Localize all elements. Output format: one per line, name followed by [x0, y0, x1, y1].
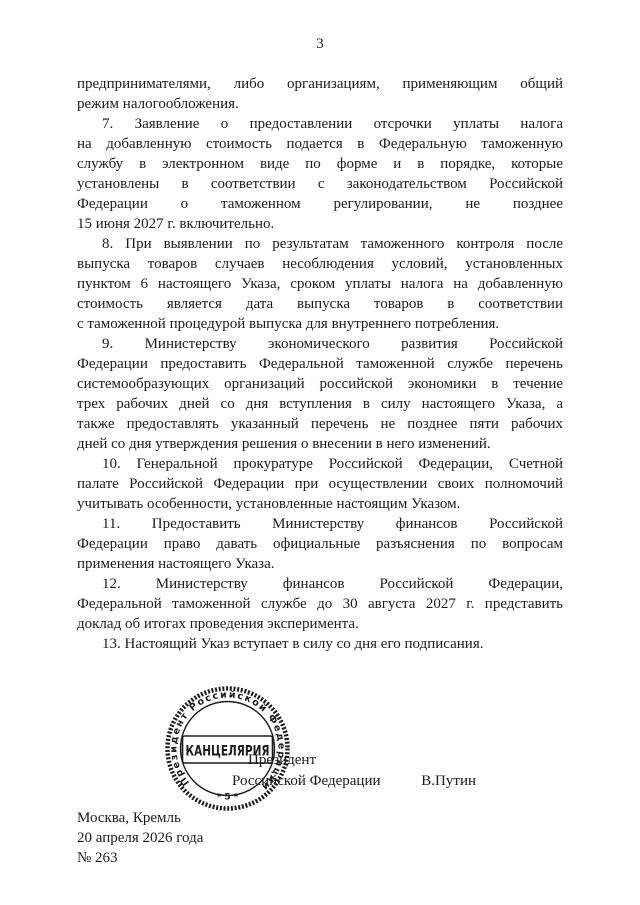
paragraph-line: с таможенной процедурой выпуска для внут… — [77, 314, 563, 334]
paragraph-line: пунктом 6 настоящего Указа, сроком уплат… — [77, 274, 563, 294]
footer-date: 20 апреля 2026 года — [77, 828, 203, 848]
paragraph-line: режим налогообложения. — [77, 94, 563, 114]
paragraph-line: установлены в соответствии с законодател… — [77, 174, 563, 194]
paragraph-line: доклад об итогах проведения эксперимента… — [77, 614, 563, 634]
footer-place: Москва, Кремль — [77, 808, 203, 828]
paragraph-line: Федерации предоставить Федеральной тамож… — [77, 354, 563, 374]
paragraph-line: учитывать особенности, установленные нас… — [77, 494, 563, 514]
paragraph-line: Федерации о таможенном регулировании, не… — [77, 194, 563, 214]
paragraph-line: предпринимателями, либо организациям, пр… — [77, 74, 563, 94]
paragraph-line: Федеральной таможенной службе до 30 авгу… — [77, 594, 563, 614]
paragraph-line: 10. Генеральной прокуратуре Российской Ф… — [77, 454, 563, 474]
paragraph-line: 7. Заявление о предоставлении отсрочки у… — [77, 114, 563, 134]
footer-number: № 263 — [77, 848, 203, 868]
paragraph: 8. При выявлении по результатам таможенн… — [77, 234, 563, 334]
paragraph-line: системообразующих организаций российской… — [77, 374, 563, 394]
paragraph-line: на добавленную стоимость подается в Феде… — [77, 134, 563, 154]
paragraph-line: 9. Министерству экономического развития … — [77, 334, 563, 354]
paragraph-line: палате Российской Федерации при осуществ… — [77, 474, 563, 494]
paragraph: 13. Настоящий Указ вступает в силу со дн… — [77, 634, 563, 654]
paragraph: 11. Предоставить Министерству финансов Р… — [77, 514, 563, 574]
paragraph: 7. Заявление о предоставлении отсрочки у… — [77, 114, 563, 234]
paragraph: предпринимателями, либо организациям, пр… — [77, 74, 563, 114]
paragraph-line: также предоставлять указанный перечень н… — [77, 414, 563, 434]
page-number: 3 — [77, 36, 563, 53]
paragraph-line: применения настоящего Указа. — [77, 554, 563, 574]
document-body: предпринимателями, либо организациям, пр… — [77, 74, 563, 654]
paragraph-line: трех рабочих дней со дня вступления в си… — [77, 394, 563, 414]
footer-block: Москва, Кремль 20 апреля 2026 года № 263 — [77, 808, 203, 868]
document-page: 3 предпринимателями, либо организациям, … — [0, 0, 640, 905]
signature-name: В.Путин — [421, 771, 476, 792]
paragraph-line: 11. Предоставить Министерству финансов Р… — [77, 514, 563, 534]
paragraph: 12. Министерству финансов Российской Фед… — [77, 574, 563, 634]
paragraph-line: стоимость является дата выпуска товаров … — [77, 294, 563, 314]
paragraph: 9. Министерству экономического развития … — [77, 334, 563, 454]
stamp-bottom-text: * 5 * — [217, 793, 239, 803]
stamp-center-text: КАНЦЕЛЯРИЯ — [186, 744, 270, 760]
paragraph-line: 15 июня 2027 г. включительно. — [77, 214, 563, 234]
chancellery-stamp-seal: Президент Российской Федерации * 5 * КАН… — [162, 683, 293, 814]
paragraph-line: службу в электронном виде по форме и в п… — [77, 154, 563, 174]
paragraph-line: 12. Министерству финансов Российской Фед… — [77, 574, 563, 594]
paragraph-line: Федерации право давать официальные разъя… — [77, 534, 563, 554]
paragraph-line: 13. Настоящий Указ вступает в силу со дн… — [77, 634, 563, 654]
paragraph-line: дней со дня утверждения решения о внесен… — [77, 434, 563, 454]
paragraph: 10. Генеральной прокуратуре Российской Ф… — [77, 454, 563, 514]
paragraph-line: 8. При выявлении по результатам таможенн… — [77, 234, 563, 254]
paragraph-line: выпуска товаров случаев несоблюдения усл… — [77, 254, 563, 274]
